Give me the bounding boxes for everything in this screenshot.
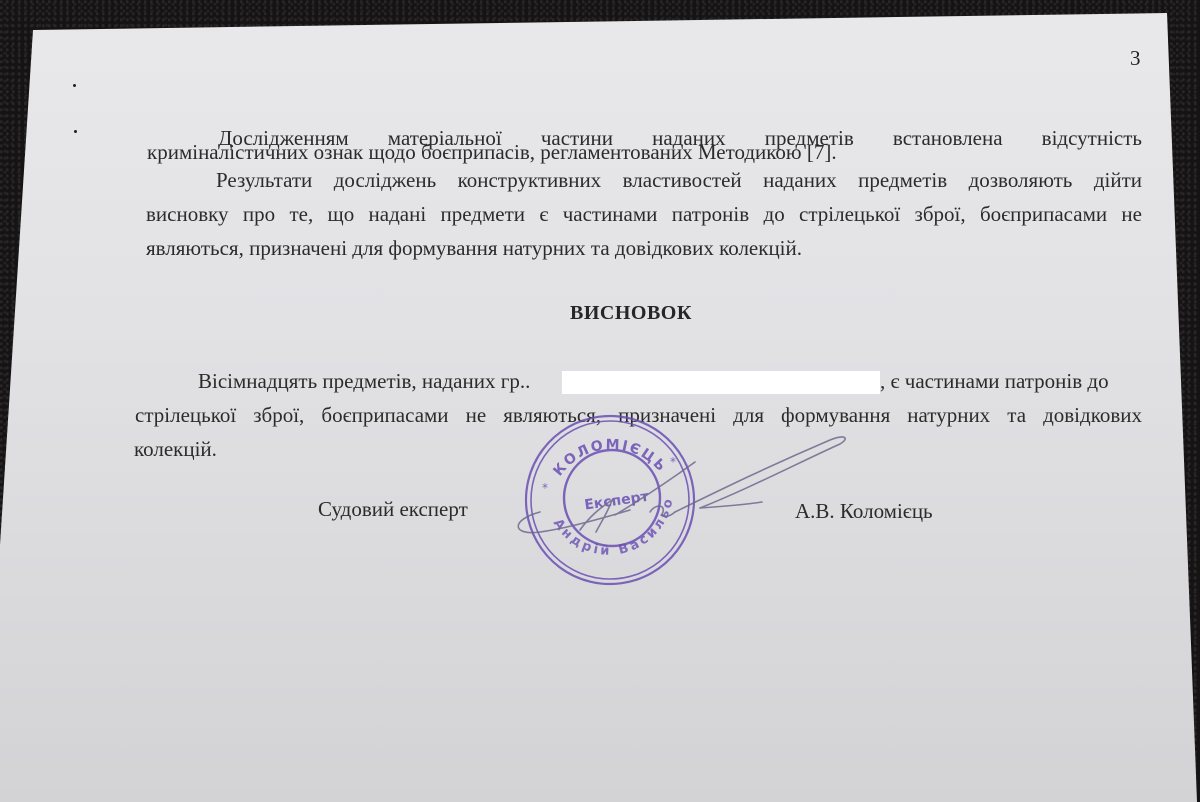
redacted-name xyxy=(562,371,880,394)
signature-title: Судовий експерт xyxy=(318,497,468,522)
document-page: 3 Дослідженням матеріальної частини нада… xyxy=(0,0,1200,802)
conclusion-line-1-end: , є частинами патронів до xyxy=(880,369,1109,394)
paragraph-2-line-3: являються, призначені для формування нат… xyxy=(146,236,802,261)
conclusion-heading: ВИСНОВОК xyxy=(570,302,692,325)
conclusion-line-3: колекцій. xyxy=(134,437,217,462)
page-number: 3 xyxy=(1130,46,1141,71)
paragraph-2-line-1: Результати досліджень конструктивних вла… xyxy=(216,168,1142,193)
conclusion-line-1-start: Вісімнадцять предметів, наданих гр.. xyxy=(198,369,530,394)
paragraph-1-line-2: криміналістичних ознак щодо боєприпасів,… xyxy=(147,140,837,165)
hole-punch-mark xyxy=(74,130,77,133)
handwritten-signature xyxy=(500,420,860,550)
hole-punch-mark xyxy=(73,84,76,87)
paragraph-2-line-2: висновку про те, що надані предмети є ча… xyxy=(146,202,1142,227)
